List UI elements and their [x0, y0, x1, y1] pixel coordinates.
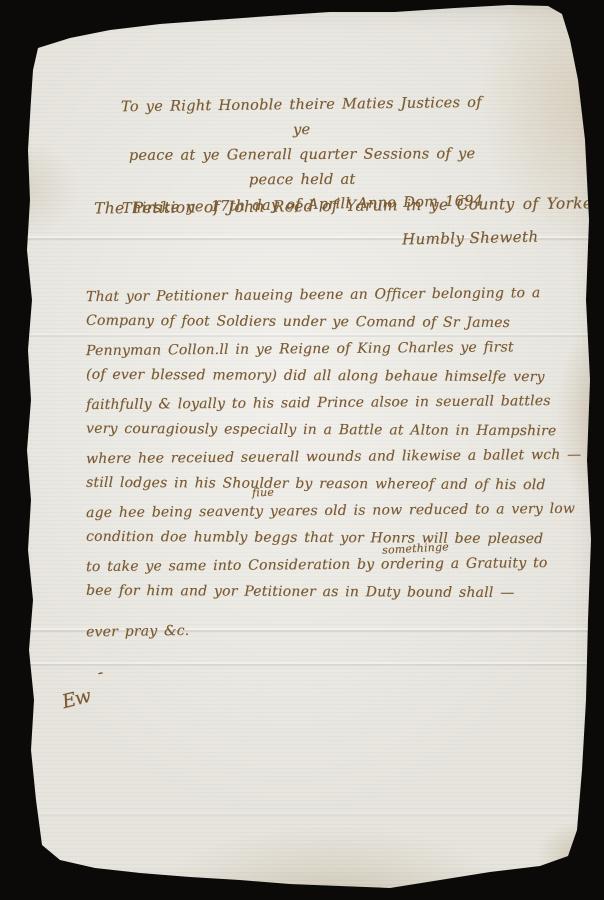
photo-background: To ye Right Honoble theire Maties Justic…: [0, 0, 604, 900]
paper-edge-shadow: [0, 0, 604, 900]
manuscript-paper: To ye Right Honoble theire Maties Justic…: [0, 0, 604, 900]
